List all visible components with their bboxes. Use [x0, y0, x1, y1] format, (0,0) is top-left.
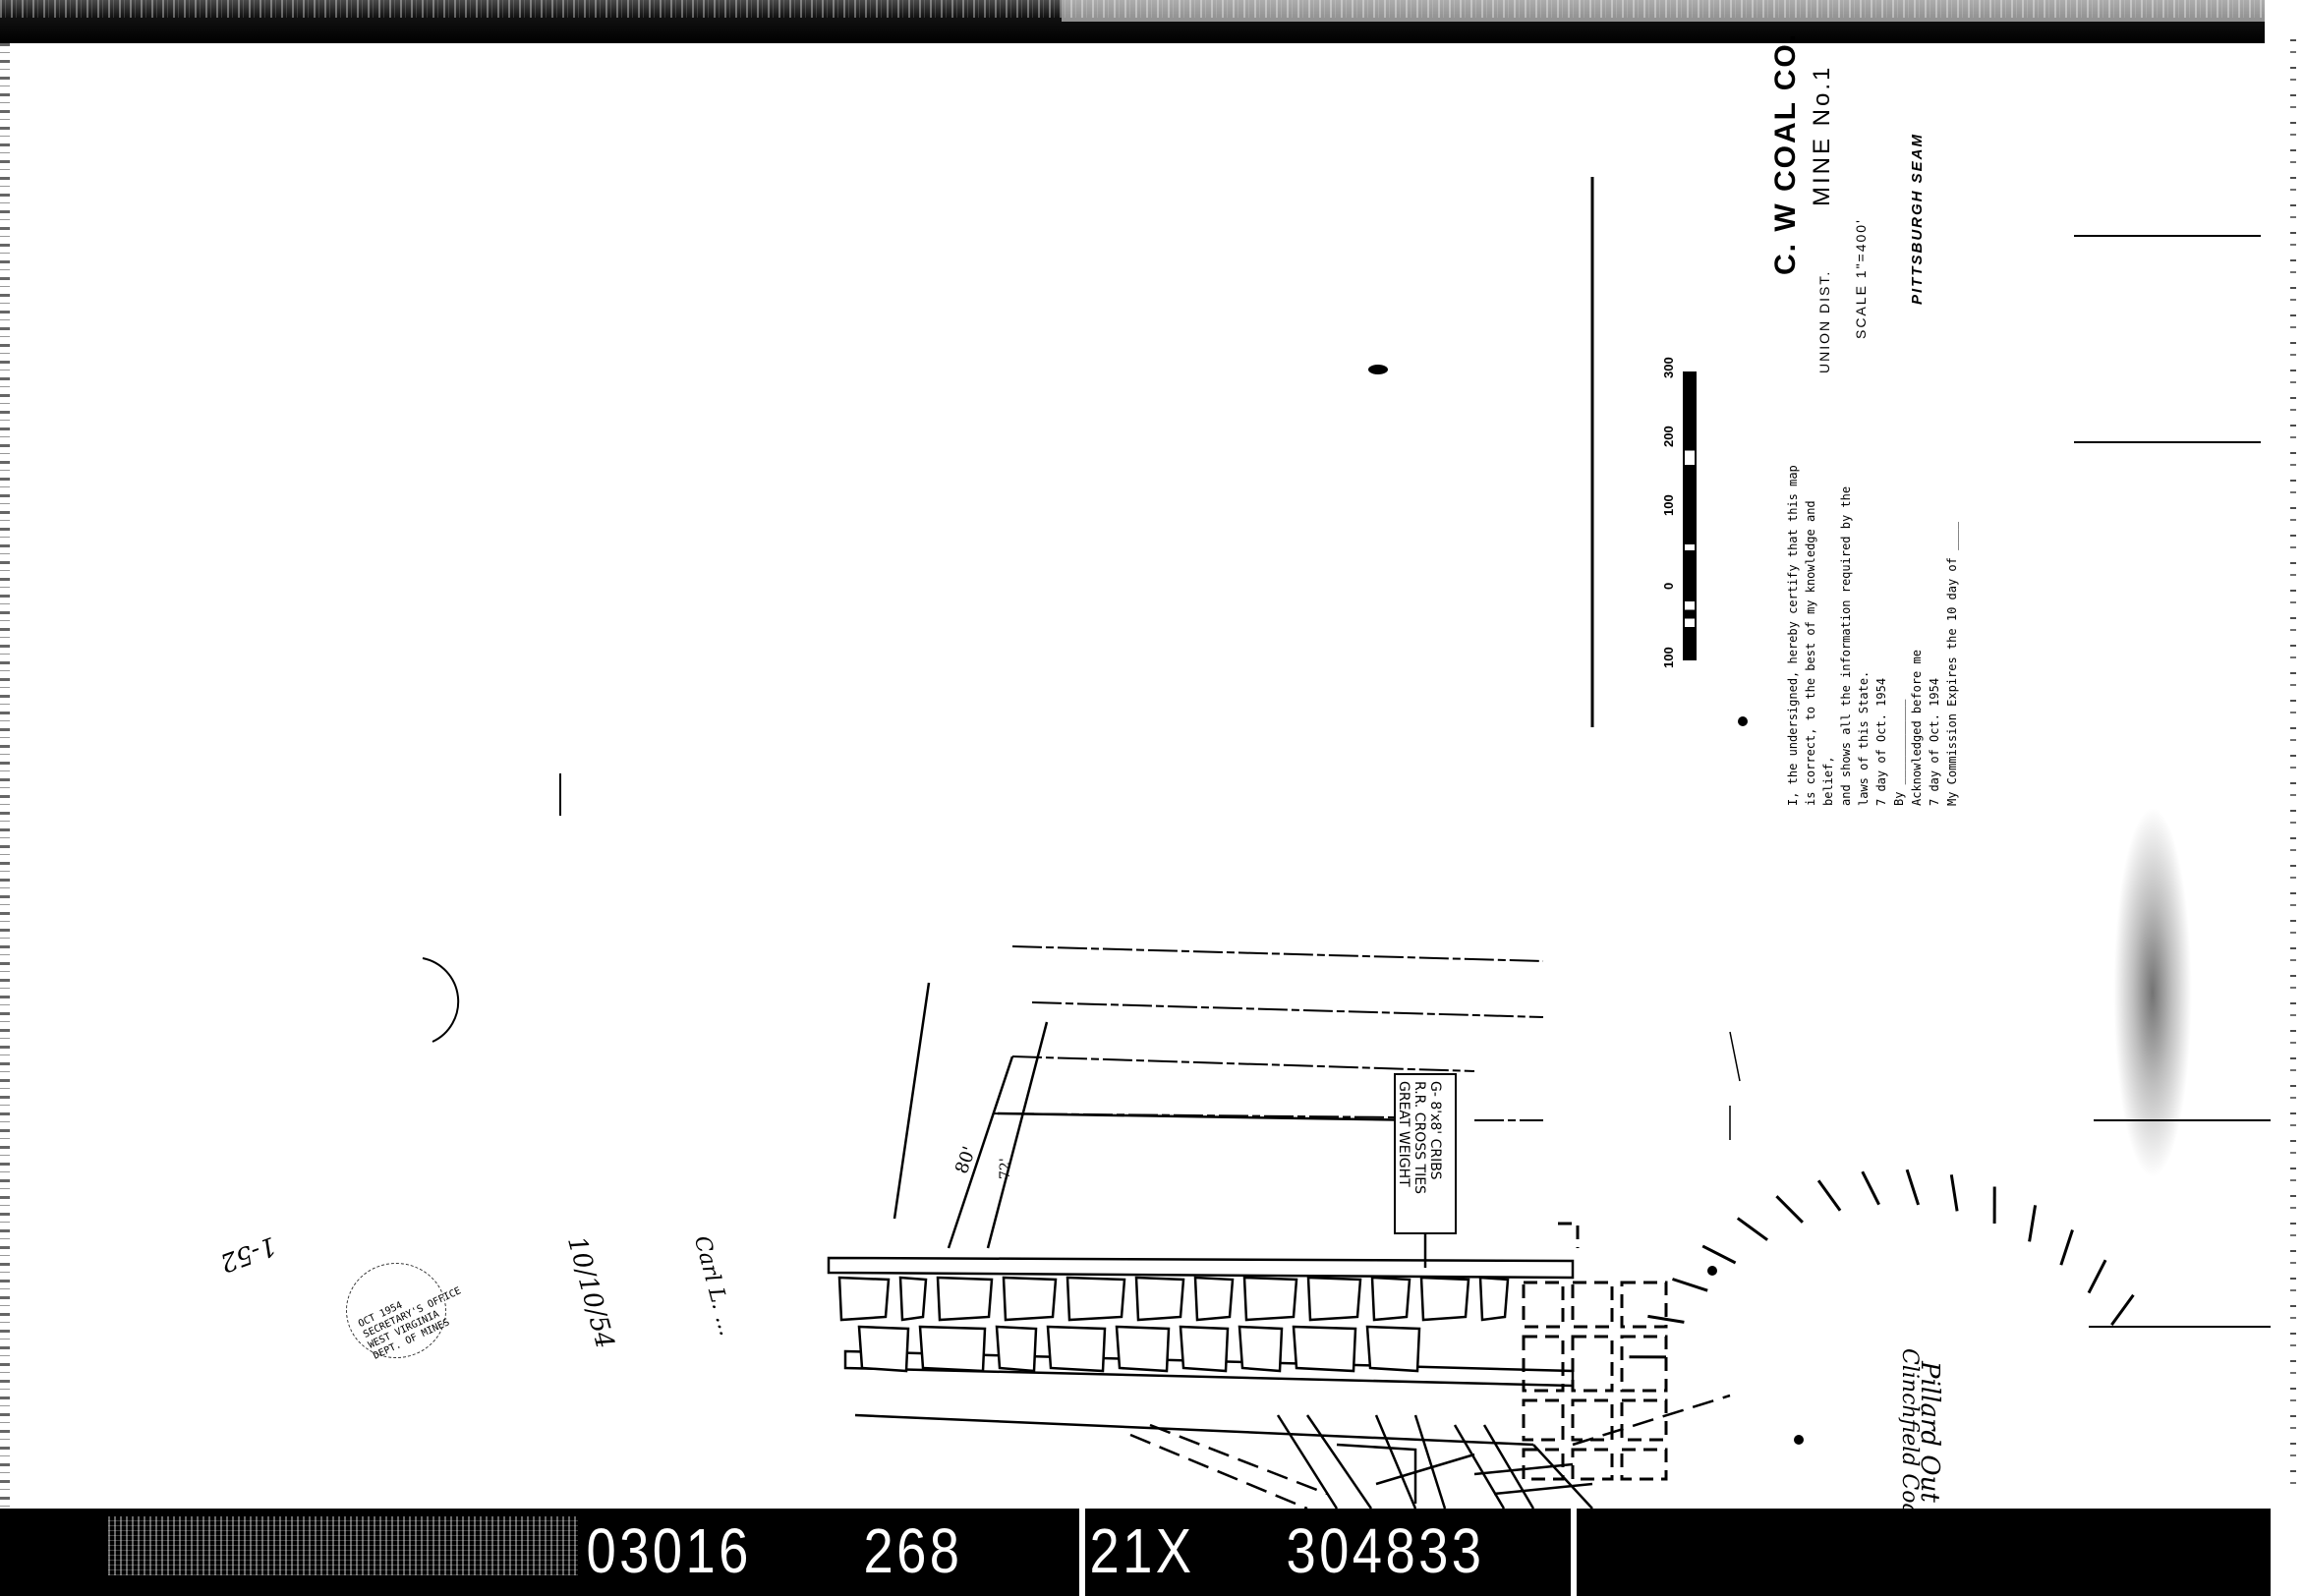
scale-tick-label: 300 [1661, 357, 1676, 378]
certification-line: I, the undersigned, hereby certify that … [1784, 452, 1802, 806]
film-separator [1079, 1509, 1085, 1596]
scale-tick-label: 0 [1661, 583, 1676, 590]
scale-tick-label: 100 [1661, 494, 1676, 516]
certification-block: I, the undersigned, hereby certify that … [1784, 452, 1961, 806]
seam-name: PITTSBURGH SEAM [1909, 133, 1926, 305]
certification-line: My Commission Expires the 10 day of ____ [1943, 452, 1961, 806]
film-separator [1571, 1509, 1577, 1596]
certification-line: 7 day of Oct. 1954 [1926, 452, 1943, 806]
certification-line: is correct, to the best of my knowledge … [1802, 452, 1837, 806]
company-name: C. W COAL CO. [1769, 32, 1803, 275]
clinchfield-note: Clinchfield Coa [1897, 1348, 1922, 1516]
film-index-box: 304833 [1278, 1515, 1554, 1586]
film-index-box: 268 [855, 1515, 989, 1586]
film-index-box: 03016 [578, 1515, 787, 1586]
scale-label: SCALE 1"=400' [1853, 218, 1869, 339]
district: UNION DIST. [1816, 270, 1832, 373]
callout-line: GREAT WEIGHT [1396, 1081, 1411, 1194]
scale-bar [1683, 371, 1697, 660]
film-index-box: 21X [1081, 1515, 1215, 1586]
measure-72: 72' [998, 1158, 1013, 1179]
callout-line: G- 8'x8' CRIBS [1427, 1081, 1443, 1194]
certification-line: By ____________ [1890, 452, 1908, 806]
certification-line: and shows all the information required b… [1837, 452, 1855, 806]
certification-line: Acknowledged before me [1908, 452, 1926, 806]
mine-name: MINE No.1 [1809, 65, 1836, 206]
scale-tick-label: 200 [1661, 426, 1676, 447]
scale-tick-label: 100 [1661, 647, 1676, 668]
certification-line: 7 day of Oct. 1954 [1872, 452, 1890, 806]
callout-text: G- 8'x8' CRIBSR.R. CROSS TIESGREAT WEIGH… [1396, 1081, 1443, 1194]
certification-line: laws of this State. [1855, 452, 1872, 806]
callout-line: R.R. CROSS TIES [1411, 1081, 1427, 1194]
